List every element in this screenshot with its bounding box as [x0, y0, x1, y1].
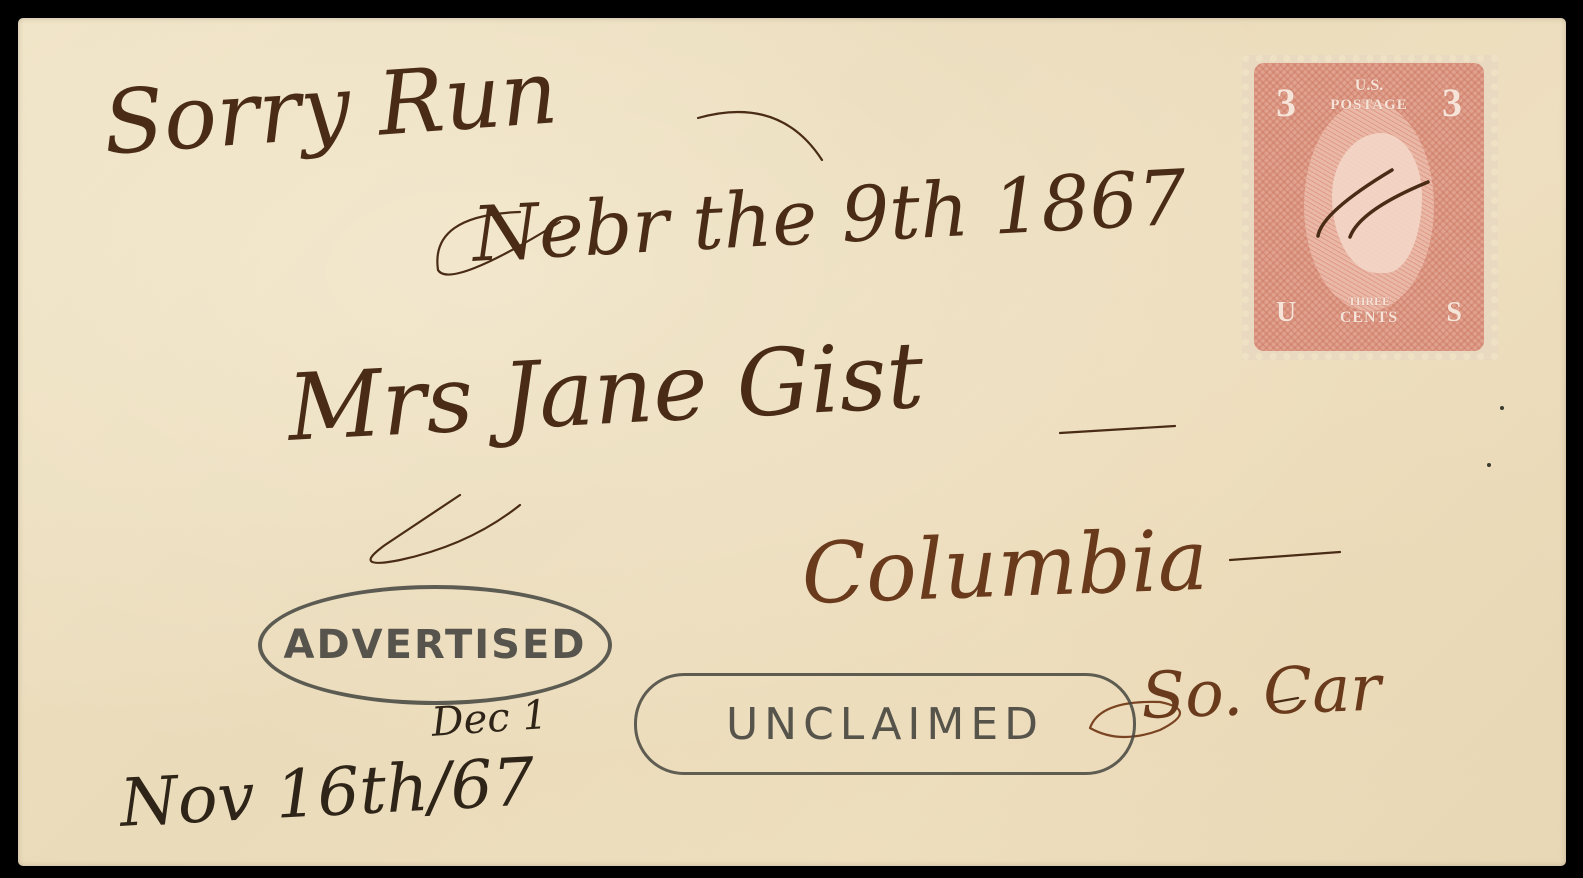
paper-speck — [1500, 406, 1504, 410]
manuscript-city: Columbia — [800, 511, 1209, 623]
unclaimed-handstamp: UNCLAIMED — [634, 673, 1136, 775]
advertised-handstamp: ADVERTISED — [258, 585, 612, 705]
paper-speck — [1487, 463, 1491, 467]
manuscript-state: So. Car — [1140, 652, 1382, 734]
